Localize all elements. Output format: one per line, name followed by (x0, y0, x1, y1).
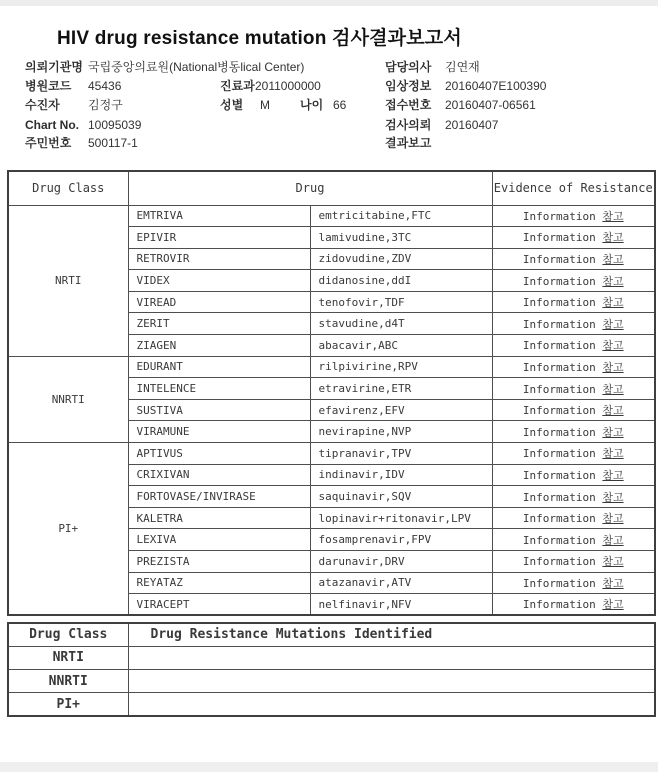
drug-brand-cell: VIRAMUNE (128, 421, 310, 443)
drug-generic-cell: darunavir,DRV (310, 551, 492, 573)
evidence-text: Information (523, 447, 602, 460)
evidence-cell: Information 참고 (492, 205, 655, 227)
drug-generic-cell: nelfinavir,NFV (310, 594, 492, 616)
evidence-text: Information (523, 361, 602, 374)
drug-brand-cell: KALETRA (128, 507, 310, 529)
field-label-clinical-info: 임상정보 (385, 79, 431, 94)
evidence-text: Information (523, 318, 602, 331)
evidence-ref-link[interactable]: 참고 (602, 426, 623, 439)
drug-brand-cell: FORTOVASE/INVIRASE (128, 486, 310, 508)
header-drug: Drug (128, 171, 492, 205)
mutations-table: Drug Class Drug Resistance Mutations Ide… (7, 622, 656, 717)
evidence-ref-link[interactable]: 참고 (602, 318, 623, 331)
resistance-table-header-row: Drug Class Drug Evidence of Resistance (8, 171, 655, 205)
field-label-resident-no: 주민번호 (25, 136, 71, 151)
drug-brand-cell: EDURANT (128, 356, 310, 378)
evidence-text: Information (523, 339, 602, 352)
drug-generic-cell: emtricitabine,FTC (310, 205, 492, 227)
field-value-age: 66 (333, 98, 346, 113)
mutations-table-body: NRTINNRTIPI+ (8, 646, 655, 716)
mutation-drug-class-cell: PI+ (8, 693, 128, 716)
mutation-drug-class-cell: NRTI (8, 646, 128, 669)
drug-brand-cell: VIRACEPT (128, 594, 310, 616)
evidence-ref-link[interactable]: 참고 (602, 275, 623, 288)
field-value-hospital-code: 45436 (88, 79, 121, 94)
drug-generic-cell: zidovudine,ZDV (310, 248, 492, 270)
drug-generic-cell: tenofovir,TDF (310, 291, 492, 313)
drug-brand-cell: EMTRIVA (128, 205, 310, 227)
drug-generic-cell: atazanavir,ATV (310, 572, 492, 594)
drug-brand-cell: APTIVUS (128, 443, 310, 465)
mutation-drug-class-cell: NNRTI (8, 669, 128, 692)
drug-row: NNRTIEDURANTrilpivirine,RPVInformation 참… (8, 356, 655, 378)
evidence-ref-link[interactable]: 참고 (602, 210, 623, 223)
drug-brand-cell: REYATAZ (128, 572, 310, 594)
drug-generic-cell: saquinavir,SQV (310, 486, 492, 508)
evidence-text: Information (523, 577, 602, 590)
evidence-ref-link[interactable]: 참고 (602, 404, 623, 417)
drug-generic-cell: nevirapine,NVP (310, 421, 492, 443)
evidence-text: Information (523, 512, 602, 525)
field-value-department: 2011000000 (255, 79, 321, 94)
field-label-hospital-code: 병원코드 (25, 79, 71, 94)
field-label-sex: 성별 (220, 98, 243, 113)
evidence-ref-link[interactable]: 참고 (602, 577, 623, 590)
field-value-receipt-no: 20160407-06561 (445, 98, 536, 113)
drug-generic-cell: didanosine,ddI (310, 270, 492, 292)
evidence-text: Information (523, 426, 602, 439)
mutations-value-cell (128, 693, 655, 716)
drug-generic-cell: lamivudine,3TC (310, 227, 492, 249)
drug-generic-cell: lopinavir+ritonavir,LPV (310, 507, 492, 529)
resistance-table: Drug Class Drug Evidence of Resistance N… (7, 170, 656, 616)
mutations-table-header-row: Drug Class Drug Resistance Mutations Ide… (8, 623, 655, 646)
drug-brand-cell: VIDEX (128, 270, 310, 292)
evidence-cell: Information 참고 (492, 443, 655, 465)
evidence-cell: Information 참고 (492, 486, 655, 508)
field-value-doctor: 김연재 (445, 60, 480, 75)
evidence-ref-link[interactable]: 참고 (602, 447, 623, 460)
evidence-text: Information (523, 534, 602, 547)
evidence-cell: Information 참고 (492, 270, 655, 292)
evidence-text: Information (523, 404, 602, 417)
evidence-ref-link[interactable]: 참고 (602, 253, 623, 266)
evidence-cell: Information 참고 (492, 291, 655, 313)
field-value-test-request: 20160407 (445, 118, 498, 133)
resistance-table-body: NRTIEMTRIVAemtricitabine,FTCInformation … (8, 205, 655, 615)
drug-brand-cell: PREZISTA (128, 551, 310, 573)
evidence-cell: Information 참고 (492, 507, 655, 529)
drug-brand-cell: VIREAD (128, 291, 310, 313)
evidence-cell: Information 참고 (492, 227, 655, 249)
drug-generic-cell: stavudine,d4T (310, 313, 492, 335)
top-divider (0, 0, 658, 6)
evidence-ref-link[interactable]: 참고 (602, 491, 623, 504)
drug-generic-cell: rilpivirine,RPV (310, 356, 492, 378)
evidence-text: Information (523, 210, 602, 223)
evidence-text: Information (523, 231, 602, 244)
drug-brand-cell: INTELENCE (128, 378, 310, 400)
evidence-ref-link[interactable]: 참고 (602, 383, 623, 396)
field-value-patient: 김정구 (88, 98, 123, 113)
drug-row: NRTIEMTRIVAemtricitabine,FTCInformation … (8, 205, 655, 227)
evidence-ref-link[interactable]: 참고 (602, 231, 623, 244)
evidence-ref-link[interactable]: 참고 (602, 555, 623, 568)
field-value-resident-no: 500117-1 (88, 136, 138, 151)
evidence-text: Information (523, 275, 602, 288)
field-label-result-report: 결과보고 (385, 136, 431, 151)
evidence-ref-link[interactable]: 참고 (602, 534, 623, 547)
evidence-ref-link[interactable]: 참고 (602, 296, 623, 309)
drug-generic-cell: etravirine,ETR (310, 378, 492, 400)
header-mut-drug-class: Drug Class (8, 623, 128, 646)
field-value-clinical-info: 20160407E100390 (445, 79, 546, 94)
evidence-ref-link[interactable]: 참고 (602, 339, 623, 352)
field-label-age: 나이 (300, 98, 323, 113)
field-value-requesting-org: 국립중앙의료원(National병동lical Center) (88, 60, 304, 75)
drug-class-cell: NNRTI (8, 356, 128, 442)
mutation-row: NNRTI (8, 669, 655, 692)
drug-class-cell: PI+ (8, 443, 128, 616)
evidence-text: Information (523, 253, 602, 266)
drug-class-cell: NRTI (8, 205, 128, 356)
header-evidence: Evidence of Resistance (492, 171, 655, 205)
evidence-cell: Information 참고 (492, 356, 655, 378)
evidence-cell: Information 참고 (492, 572, 655, 594)
drug-row: PI+APTIVUStipranavir,TPVInformation 참고 (8, 443, 655, 465)
evidence-cell: Information 참고 (492, 551, 655, 573)
field-label-receipt-no: 접수번호 (385, 98, 431, 113)
evidence-ref-link[interactable]: 참고 (602, 512, 623, 525)
drug-generic-cell: tipranavir,TPV (310, 443, 492, 465)
evidence-cell: Information 참고 (492, 335, 655, 357)
drug-generic-cell: fosamprenavir,FPV (310, 529, 492, 551)
mutations-value-cell (128, 646, 655, 669)
evidence-text: Information (523, 383, 602, 396)
evidence-cell: Information 참고 (492, 378, 655, 400)
evidence-text: Information (523, 491, 602, 504)
bottom-divider (0, 762, 658, 772)
evidence-text: Information (523, 296, 602, 309)
drug-generic-cell: indinavir,IDV (310, 464, 492, 486)
drug-brand-cell: ZIAGEN (128, 335, 310, 357)
evidence-cell: Information 참고 (492, 421, 655, 443)
evidence-ref-link[interactable]: 참고 (602, 361, 623, 374)
drug-generic-cell: efavirenz,EFV (310, 399, 492, 421)
field-label-test-request: 검사의뢰 (385, 118, 431, 133)
header-drug-class: Drug Class (8, 171, 128, 205)
field-value-sex: M (260, 98, 270, 113)
drug-brand-cell: LEXIVA (128, 529, 310, 551)
field-value-chart-no: 10095039 (88, 118, 141, 133)
field-label-chart-no: Chart No. (25, 118, 79, 133)
evidence-text: Information (523, 469, 602, 482)
page-title: HIV drug resistance mutation 검사결과보고서 (57, 23, 462, 50)
field-label-department: 진료과 (220, 79, 255, 94)
drug-brand-cell: SUSTIVA (128, 399, 310, 421)
mutation-row: NRTI (8, 646, 655, 669)
mutations-value-cell (128, 669, 655, 692)
mutation-row: PI+ (8, 693, 655, 716)
drug-generic-cell: abacavir,ABC (310, 335, 492, 357)
evidence-text: Information (523, 598, 602, 611)
evidence-cell: Information 참고 (492, 248, 655, 270)
field-label-doctor: 담당의사 (385, 60, 431, 75)
drug-brand-cell: RETROVIR (128, 248, 310, 270)
field-label-patient: 수진자 (25, 98, 60, 113)
evidence-text: Information (523, 555, 602, 568)
evidence-cell: Information 참고 (492, 529, 655, 551)
drug-brand-cell: CRIXIVAN (128, 464, 310, 486)
evidence-cell: Information 참고 (492, 464, 655, 486)
header-mutations-identified: Drug Resistance Mutations Identified (128, 623, 655, 646)
drug-brand-cell: EPIVIR (128, 227, 310, 249)
drug-brand-cell: ZERIT (128, 313, 310, 335)
evidence-cell: Information 참고 (492, 594, 655, 616)
field-label-requesting-org: 의뢰기관명 (25, 60, 83, 75)
evidence-cell: Information 참고 (492, 399, 655, 421)
evidence-ref-link[interactable]: 참고 (602, 598, 623, 611)
evidence-ref-link[interactable]: 참고 (602, 469, 623, 482)
evidence-cell: Information 참고 (492, 313, 655, 335)
